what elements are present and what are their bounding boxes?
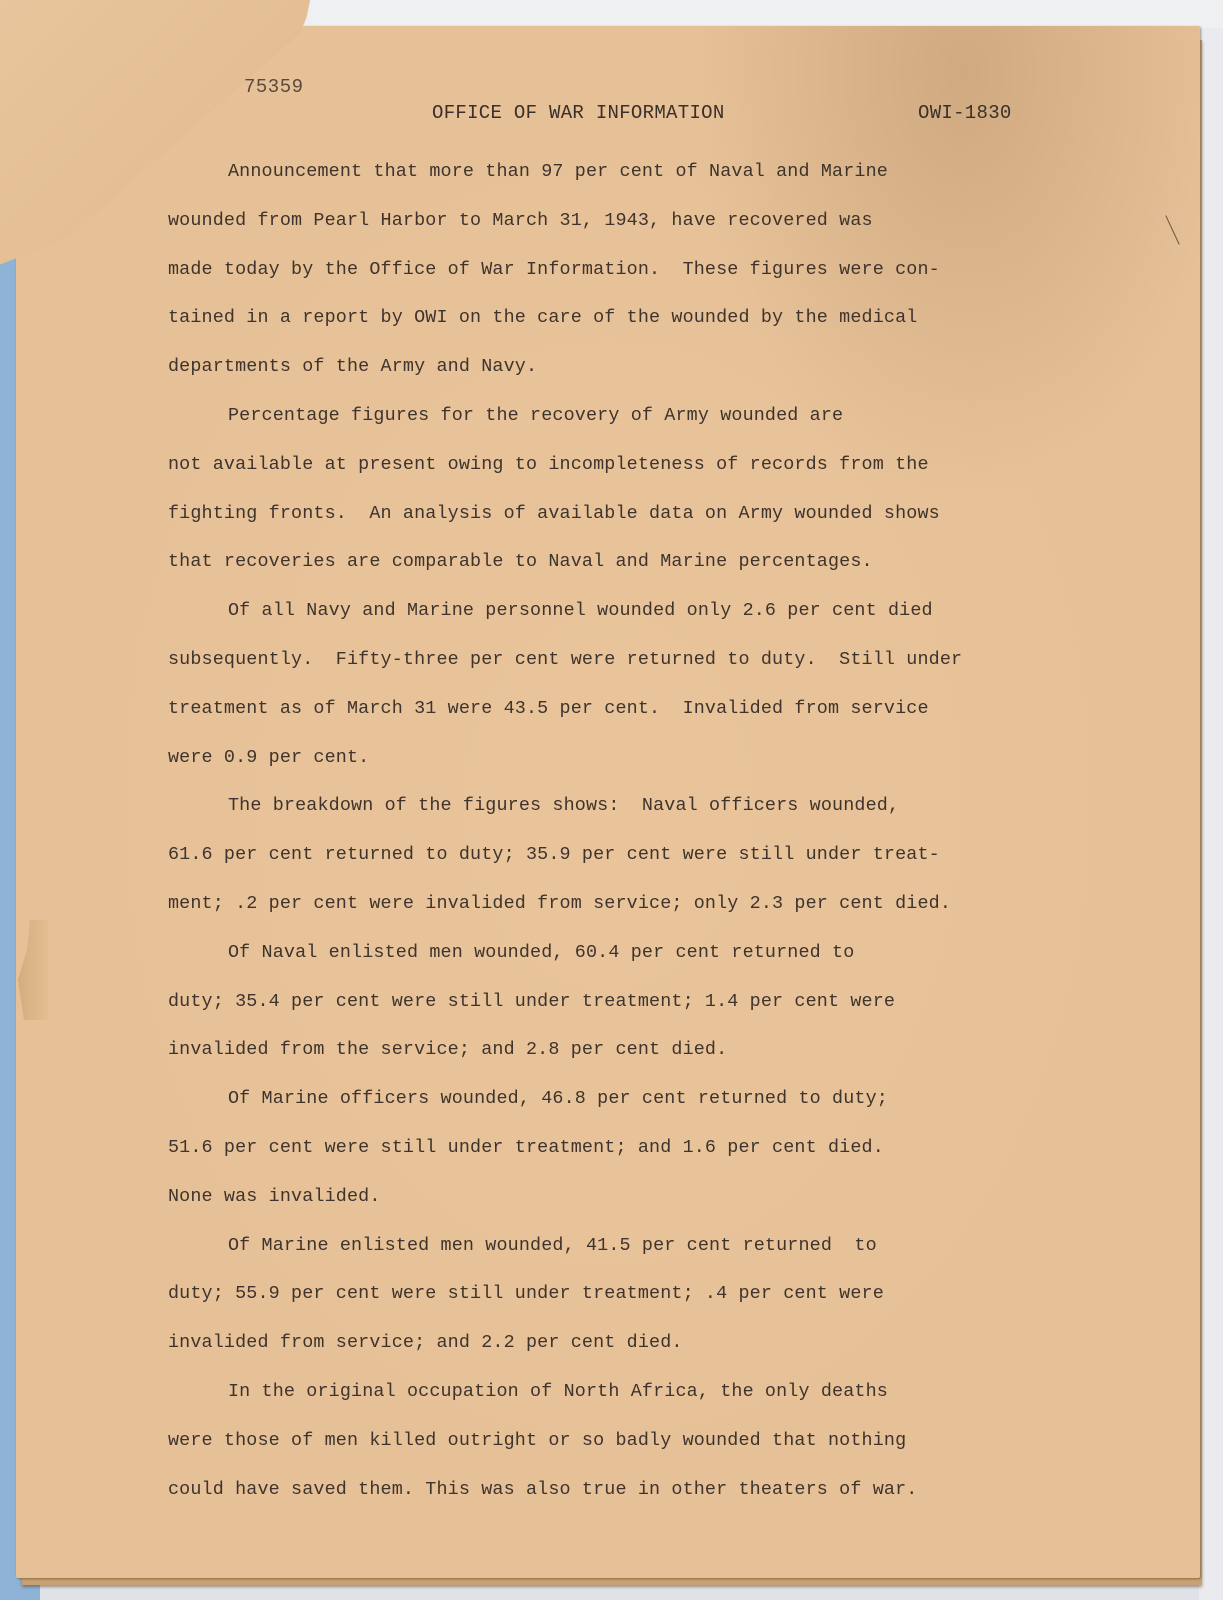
text-line: Of Marine officers wounded, 46.8 per cen…: [168, 1075, 1048, 1124]
text-line: The breakdown of the figures shows: Nava…: [168, 782, 1048, 831]
scan-backdrop-top: [300, 0, 1223, 28]
paragraph-3: Of all Navy and Marine personnel wounded…: [168, 587, 1048, 782]
paragraph-5: Of Naval enlisted men wounded, 60.4 per …: [168, 929, 1048, 1075]
paragraph-6: Of Marine officers wounded, 46.8 per cen…: [168, 1075, 1048, 1221]
text-line: could have saved them. This was also tru…: [168, 1466, 1048, 1515]
text-line: that recoveries are comparable to Naval …: [168, 538, 1048, 587]
paragraph-8: In the original occupation of North Afri…: [168, 1368, 1048, 1514]
text-line: were those of men killed outright or so …: [168, 1417, 1048, 1466]
document-body: Announcement that more than 97 per cent …: [168, 148, 1048, 1514]
scan-backdrop-right: [1199, 28, 1223, 1600]
text-line: 61.6 per cent returned to duty; 35.9 per…: [168, 831, 1048, 880]
document-number: 75359: [244, 76, 304, 98]
document-code: OWI-1830: [918, 102, 1012, 124]
text-line: 51.6 per cent were still under treatment…: [168, 1124, 1048, 1173]
document-heading: OFFICE OF WAR INFORMATION: [432, 102, 725, 124]
text-line: departments of the Army and Navy.: [168, 343, 1048, 392]
paragraph-1: Announcement that more than 97 per cent …: [168, 148, 1048, 392]
text-line: treatment as of March 31 were 43.5 per c…: [168, 685, 1048, 734]
text-line: not available at present owing to incomp…: [168, 441, 1048, 490]
text-line: duty; 35.4 per cent were still under tre…: [168, 978, 1048, 1027]
text-line: wounded from Pearl Harbor to March 31, 1…: [168, 197, 1048, 246]
text-line: Of all Navy and Marine personnel wounded…: [168, 587, 1048, 636]
text-line: In the original occupation of North Afri…: [168, 1368, 1048, 1417]
text-line: fighting fronts. An analysis of availabl…: [168, 490, 1048, 539]
text-line: were 0.9 per cent.: [168, 734, 1048, 783]
text-line: subsequently. Fifty-three per cent were …: [168, 636, 1048, 685]
text-line: Percentage figures for the recovery of A…: [168, 392, 1048, 441]
text-line: duty; 55.9 per cent were still under tre…: [168, 1270, 1048, 1319]
paragraph-2: Percentage figures for the recovery of A…: [168, 392, 1048, 587]
text-line: tained in a report by OWI on the care of…: [168, 294, 1048, 343]
text-line: invalided from the service; and 2.8 per …: [168, 1026, 1048, 1075]
paragraph-4: The breakdown of the figures shows: Nava…: [168, 782, 1048, 928]
text-line: ment; .2 per cent were invalided from se…: [168, 880, 1048, 929]
text-line: Of Naval enlisted men wounded, 60.4 per …: [168, 929, 1048, 978]
text-line: invalided from service; and 2.2 per cent…: [168, 1319, 1048, 1368]
text-line: None was invalided.: [168, 1173, 1048, 1222]
paragraph-7: Of Marine enlisted men wounded, 41.5 per…: [168, 1222, 1048, 1368]
text-line: made today by the Office of War Informat…: [168, 246, 1048, 295]
text-line: Of Marine enlisted men wounded, 41.5 per…: [168, 1222, 1048, 1271]
text-line: Announcement that more than 97 per cent …: [168, 148, 1048, 197]
